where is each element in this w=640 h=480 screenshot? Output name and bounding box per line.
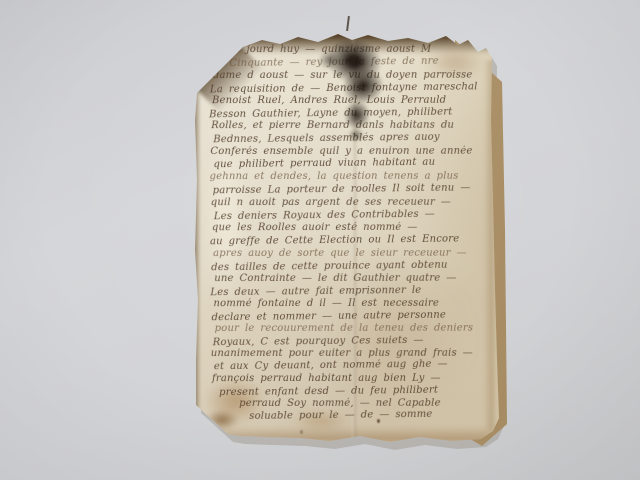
handwritten-line: une Contrainte — le dit Gauthier quatre …: [214, 273, 456, 284]
handwritten-line: apres auoy de sorte que le sieur receueu…: [213, 248, 467, 259]
handwritten-line: Les deux — autre fait emprisonner le: [210, 285, 421, 298]
handwritten-line: gehnna et dendes, la question tenens a p…: [210, 171, 459, 182]
ink-speck: [377, 419, 380, 423]
handwritten-line: parroisse La porteur de roolles Il soit …: [213, 182, 471, 196]
handwritten-line: françois perraud habitant aug bien Ly —: [212, 373, 441, 384]
handwritten-line: que les Roolles auoir esté nommé —: [212, 222, 418, 233]
handwritten-line: Les deniers Royaux des Contribables —: [214, 209, 435, 223]
ink-stamp: [318, 32, 402, 140]
handwritten-line: que philibert perraud viuan habitant au: [213, 157, 435, 171]
ink-speck: [300, 430, 303, 434]
stamp-blot: [348, 128, 364, 142]
handwritten-line: pour le recouurement de la teneu des den…: [215, 323, 474, 334]
handwritten-line: unanimement pour euiter a plus grand fra…: [211, 348, 473, 359]
handwritten-line: soluable pour le — de — somme: [249, 409, 432, 422]
handwritten-line: declare et nommer — une autre personne: [211, 310, 446, 324]
stamp-blot: [318, 50, 340, 70]
handwritten-line: perraud Soy nommé, — nel Capable: [239, 398, 441, 409]
handwritten-line: Royaux, C est pourquoy Ces suiets —: [213, 335, 424, 348]
stamp-blot: [343, 99, 372, 132]
handwritten-line: quil n auoit pas argent de ses receueur …: [211, 197, 451, 208]
handwritten-line: au greffe de Cette Election ou Il est En…: [210, 233, 459, 247]
handwritten-line: et aux Cy deuant, ont nommé aug ghe —: [214, 359, 448, 373]
photograph: Ce jourd huy — quinziesme aoust M de Cin…: [0, 0, 640, 480]
handwritten-line: present enfant desd — du feu philibert: [219, 385, 438, 398]
handwritten-line: des tailles de cette prouince ayant obte…: [211, 260, 448, 274]
handwritten-line: nommé fontaine d il — Il est necessaire: [213, 298, 439, 309]
handwritten-line: Conferés ensemble quil y a enuiron une a…: [210, 146, 472, 157]
